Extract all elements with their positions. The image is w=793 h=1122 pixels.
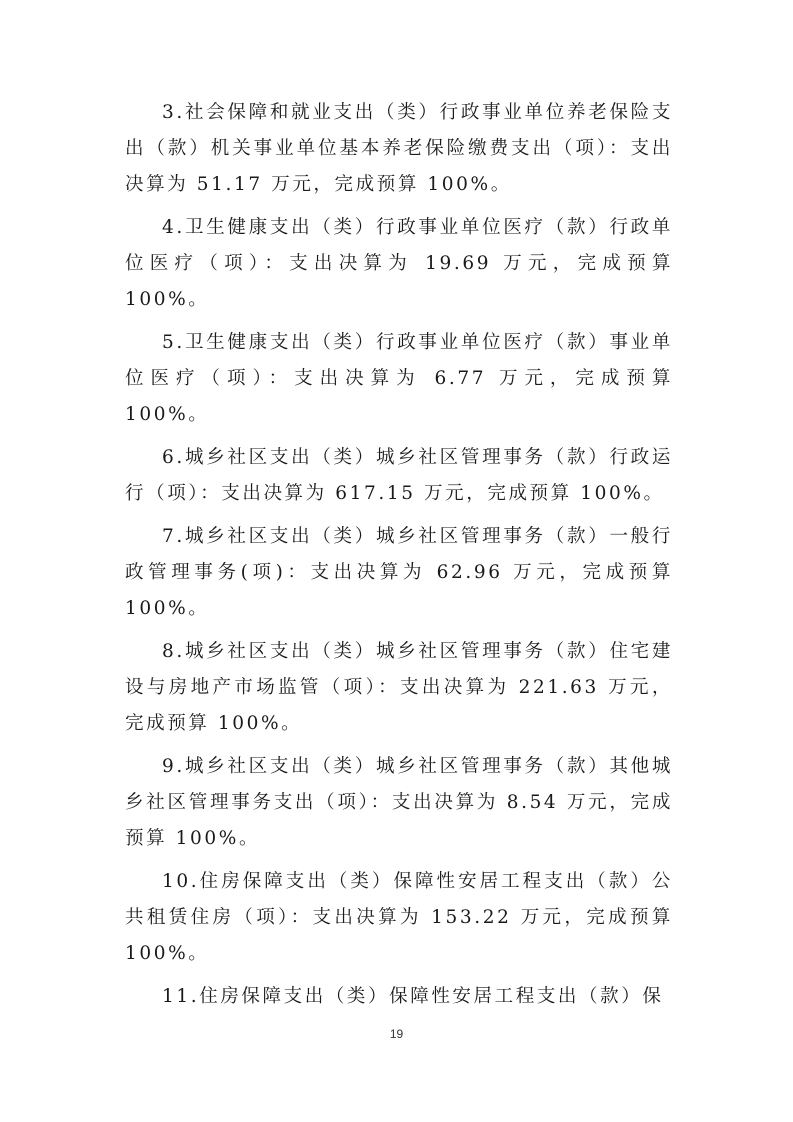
paragraph-item-7: 7.城乡社区支出（类）城乡社区管理事务（款）一般行政管理事务(项)：支出决算为 … (125, 519, 673, 627)
document-page-body: 3.社会保障和就业支出（类）行政事业单位养老保险支出（款）机关事业单位基本养老保… (125, 95, 673, 1022)
paragraph-item-11: 11.住房保障支出（类）保障性安居工程支出（款）保 (125, 979, 673, 1015)
paragraph-item-5: 5.卫生健康支出（类）行政事业单位医疗（款）事业单位医疗（项）：支出决算为 6.… (125, 325, 673, 433)
page-number: 19 (0, 1027, 793, 1041)
paragraph-item-6: 6.城乡社区支出（类）城乡社区管理事务（款）行政运行（项）：支出决算为 617.… (125, 440, 673, 512)
paragraph-item-10: 10.住房保障支出（类）保障性安居工程支出（款）公共租赁住房（项）：支出决算为 … (125, 864, 673, 972)
paragraph-item-4: 4.卫生健康支出（类）行政事业单位医疗（款）行政单位医疗（项）：支出决算为 19… (125, 210, 673, 318)
paragraph-item-8: 8.城乡社区支出（类）城乡社区管理事务（款）住宅建设与房地产市场监管（项）：支出… (125, 634, 673, 742)
paragraph-item-3: 3.社会保障和就业支出（类）行政事业单位养老保险支出（款）机关事业单位基本养老保… (125, 95, 673, 203)
paragraph-item-9: 9.城乡社区支出（类）城乡社区管理事务（款）其他城乡社区管理事务支出（项）：支出… (125, 749, 673, 857)
